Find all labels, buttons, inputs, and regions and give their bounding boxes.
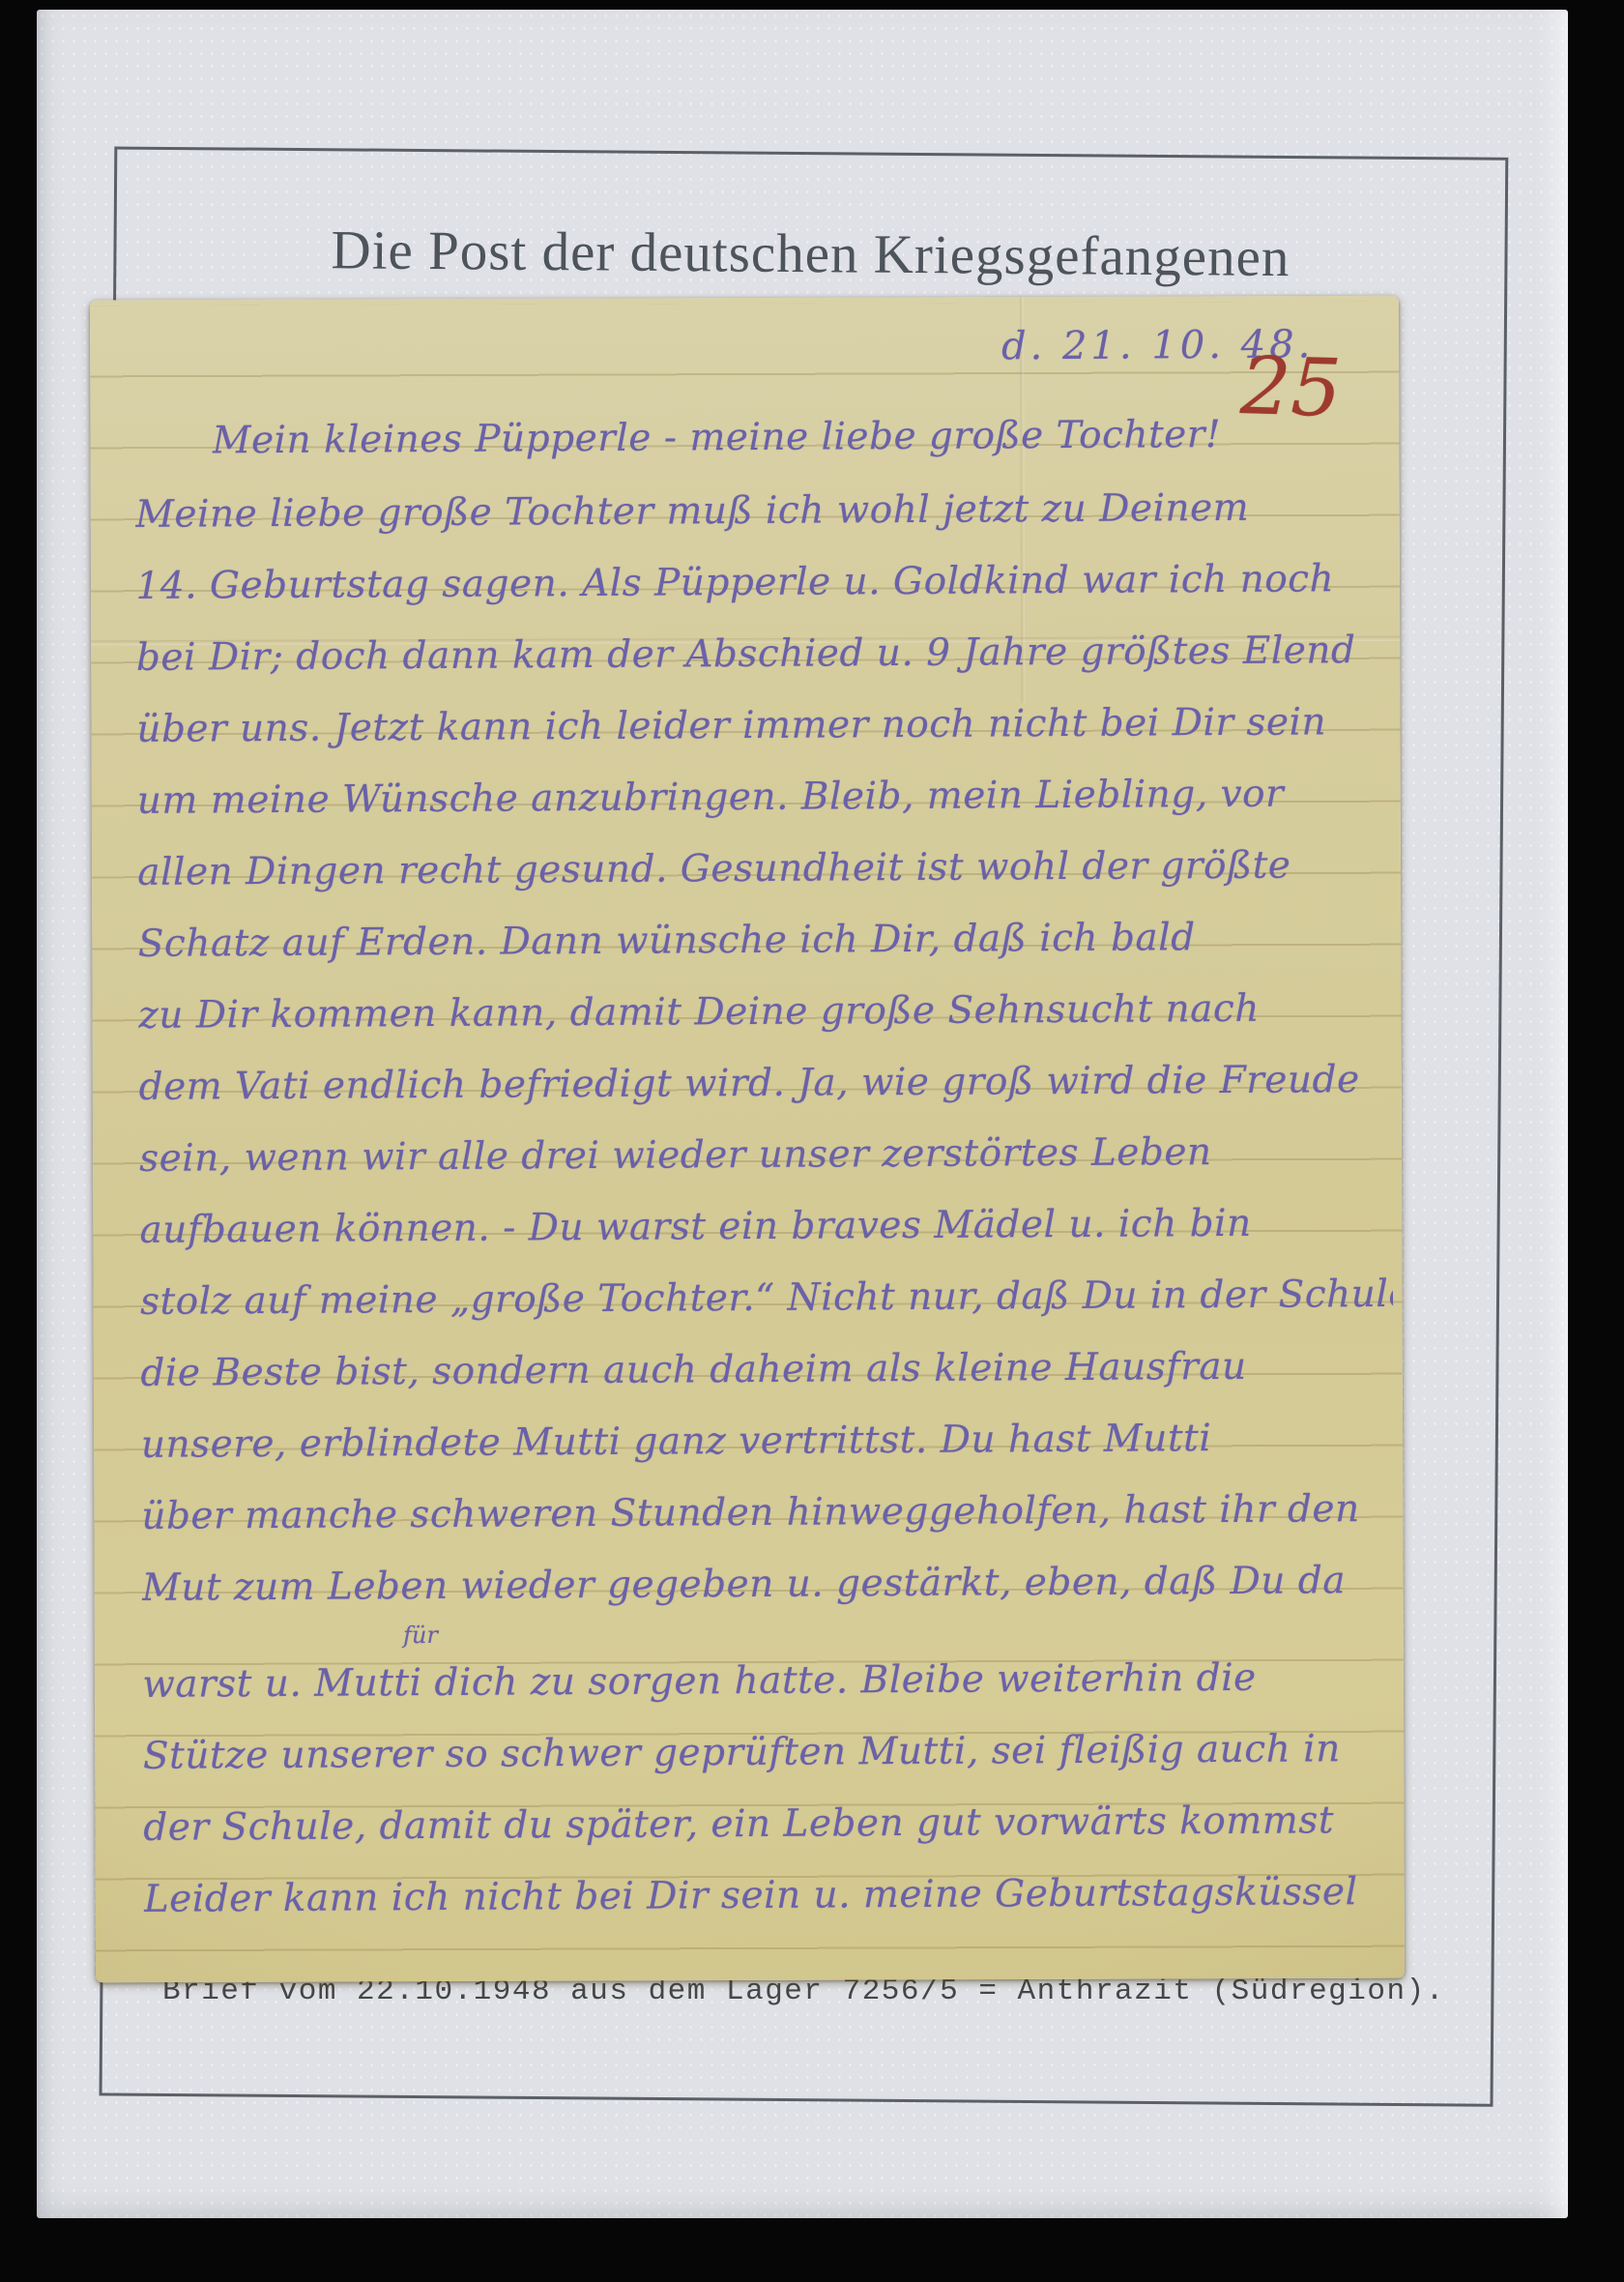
letter-line: Mut zum Leben wieder gegeben u. gestärkt…: [142, 1545, 1395, 1624]
letter-line: Meine liebe große Tochter muß ich wohl j…: [135, 472, 1388, 551]
letter-line: Mein kleines Püpperle - meine liebe groß…: [212, 398, 1387, 477]
album-page: Die Post der deutschen Kriegsgefangenen …: [37, 10, 1568, 2218]
album-title-line-1: Die Post der deutschen Kriegsgefangenen: [116, 218, 1504, 291]
letter-line: über manche schweren Stunden hinweggehol…: [141, 1474, 1394, 1553]
letter-line: Leider kann ich nicht bei Dir sein u. me…: [144, 1857, 1397, 1936]
letter-line: über uns. Jetzt kann ich leider immer no…: [136, 687, 1389, 766]
letter-line: unsere, erblindete Mutti ganz vertrittst…: [141, 1402, 1394, 1481]
letter-paper: d. 21. 10. 48. 25 Mein kleines Püpperle …: [90, 296, 1405, 1983]
letter-line: sein, wenn wir alle drei wieder unser ze…: [139, 1116, 1392, 1195]
letter-line: um meine Wünsche anzubringen. Bleib, mei…: [137, 758, 1390, 837]
photo-background: Die Post der deutschen Kriegsgefangenen …: [0, 0, 1624, 2282]
handwritten-letter: d. 21. 10. 48. 25 Mein kleines Püpperle …: [88, 294, 1407, 1984]
letter-line: Schatz auf Erden. Dann wünsche ich Dir, …: [138, 901, 1391, 980]
letter-line: 14. Geburtstag sagen. Als Püpperle u. Go…: [135, 543, 1388, 623]
letter-line: dem Vati endlich befriedigt wird. Ja, wi…: [138, 1044, 1391, 1124]
letter-line: Stütze unserer so schwer geprüften Mutti…: [143, 1713, 1396, 1793]
letter-line: stolz auf meine „große Tochter.“ Nicht n…: [140, 1259, 1393, 1338]
letter-line: warst u. Mutti dich zu sorgen hatte. Ble…: [142, 1642, 1395, 1721]
letter-line: allen Dingen recht gesund. Gesundheit is…: [137, 830, 1390, 909]
letter-line: bei Dir; doch dann kam der Abschied u. 9…: [136, 615, 1389, 694]
letter-line: aufbauen können. - Du warst ein braves M…: [139, 1187, 1392, 1267]
letter-line: die Beste bist, sondern auch daheim als …: [140, 1331, 1393, 1410]
letter-line: zu Dir kommen kann, damit Deine große Se…: [138, 973, 1391, 1052]
letter-line: der Schule, damit du später, ein Leben g…: [143, 1785, 1396, 1864]
inserted-word-above-line: für: [403, 1621, 438, 1650]
